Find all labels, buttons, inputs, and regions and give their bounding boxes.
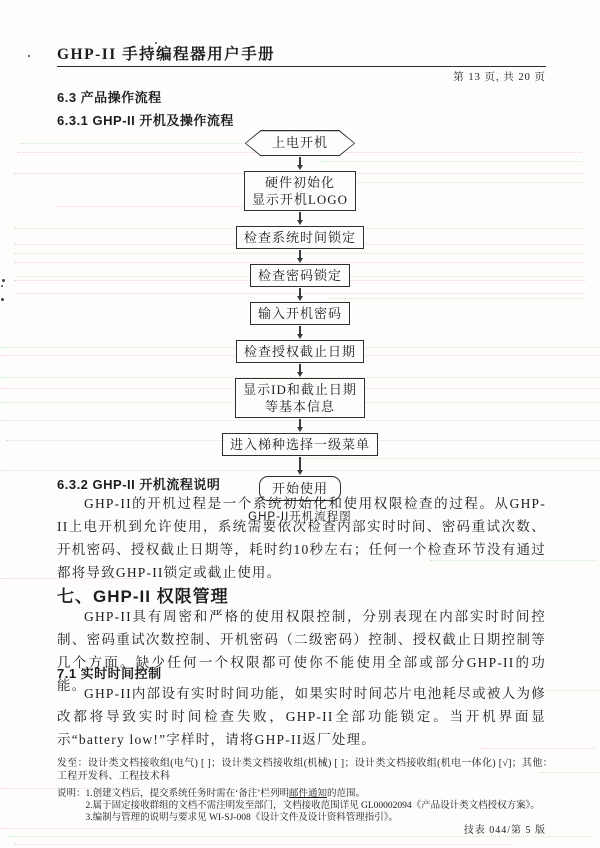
flow-start-terminator: 上电开机 bbox=[245, 130, 355, 156]
note-1-underlined: 邮件通知 bbox=[289, 789, 327, 799]
flow-step-check-system-time: 检查系统时间锁定 bbox=[236, 226, 364, 249]
flow-start-label: 上电开机 bbox=[246, 131, 354, 155]
flow-step-hardware-init: 硬件初始化 显示开机LOGO bbox=[244, 171, 356, 211]
heading-6-3: 6.3 产品操作流程 bbox=[57, 87, 162, 106]
scan-artifact-line bbox=[545, 690, 600, 691]
heading-chapter-7: 七、GHP-II 权限管理 bbox=[57, 582, 229, 607]
flow-arrow-icon bbox=[299, 364, 300, 373]
note-3: 3.编制与管理的说明与要求见 WI-SJ-008《设计文件及设计资料管理指引》。 bbox=[86, 813, 398, 823]
note-1: 1.创建文档后，提交系统任务时需在‘备注’栏列明邮件通知的范围。 bbox=[86, 789, 365, 799]
ink-speck bbox=[28, 55, 30, 57]
flow-step-enter-password: 输入开机密码 bbox=[250, 302, 350, 325]
flow-step-check-password-lock: 检查密码锁定 bbox=[250, 264, 350, 287]
heading-6-3-2: 6.3.2 GHP-II 开机流程说明 bbox=[57, 474, 220, 493]
document-page: GHP-II 手持编程器用户手册 第 13 页, 共 20 页 6.3 产品操作… bbox=[0, 0, 600, 848]
note-2: 2.属于固定接收群组的文档不需注明发至部门，文档接收范围详见 GL0000209… bbox=[86, 801, 540, 811]
flow-arrow-icon bbox=[299, 157, 300, 166]
form-number: 技表 044/第 5 版 bbox=[464, 821, 546, 836]
notes-block: 说明： 1.创建文档后，提交系统任务时需在‘备注’栏列明邮件通知的范围。 2.属… bbox=[57, 789, 567, 824]
note-1-pre: 1.创建文档后，提交系统任务时需在‘备注’栏列明 bbox=[86, 789, 289, 799]
flow-arrow-icon bbox=[299, 250, 300, 259]
flow-arrow-icon bbox=[299, 288, 300, 297]
notes-items: 1.创建文档后，提交系统任务时需在‘备注’栏列明邮件通知的范围。 2.属于固定接… bbox=[86, 789, 567, 824]
distribution-line: 发至：设计类文档接收组(电气) [ ]；设计类文档接收组(机械) [ ]；设计类… bbox=[57, 757, 557, 783]
flow-step-check-auth-date: 检查授权截止日期 bbox=[236, 340, 364, 363]
flow-arrow-icon bbox=[299, 326, 300, 335]
flow-step-enter-menu: 进入梯种选择一级菜单 bbox=[222, 433, 378, 456]
flow-arrow-icon bbox=[299, 457, 300, 471]
notes-label: 说明： bbox=[57, 789, 86, 824]
paragraph-realtime-control: GHP-II内部设有实时时间功能，如果实时时间芯片电池耗尽或被人为修改都将导致实… bbox=[57, 682, 546, 751]
flow-arrow-icon bbox=[299, 419, 300, 428]
heading-7-1: 7.1 实时时间控制 bbox=[57, 663, 162, 682]
flow-arrow-icon bbox=[299, 212, 300, 221]
startup-flowchart: 上电开机 硬件初始化 显示开机LOGO 检查系统时间锁定 检查密码锁定 输入开机… bbox=[0, 130, 600, 524]
doc-title: GHP-II 手持编程器用户手册 bbox=[57, 44, 546, 67]
page-number: 第 13 页, 共 20 页 bbox=[453, 69, 546, 84]
scan-artifact-line bbox=[14, 844, 514, 845]
heading-6-3-1: 6.3.1 GHP-II 开机及操作流程 bbox=[57, 110, 234, 129]
scan-artifact-line bbox=[0, 828, 150, 829]
flow-step-show-id-info: 显示ID和截止日期 等基本信息 bbox=[235, 378, 365, 418]
scan-artifact-line bbox=[8, 836, 592, 837]
paragraph-startup-description: GHP-II的开机过程是一个系统初始化和使用权限检查的过程。从GHP-II上电开… bbox=[57, 492, 546, 584]
note-1-post: 的范围。 bbox=[327, 789, 365, 799]
